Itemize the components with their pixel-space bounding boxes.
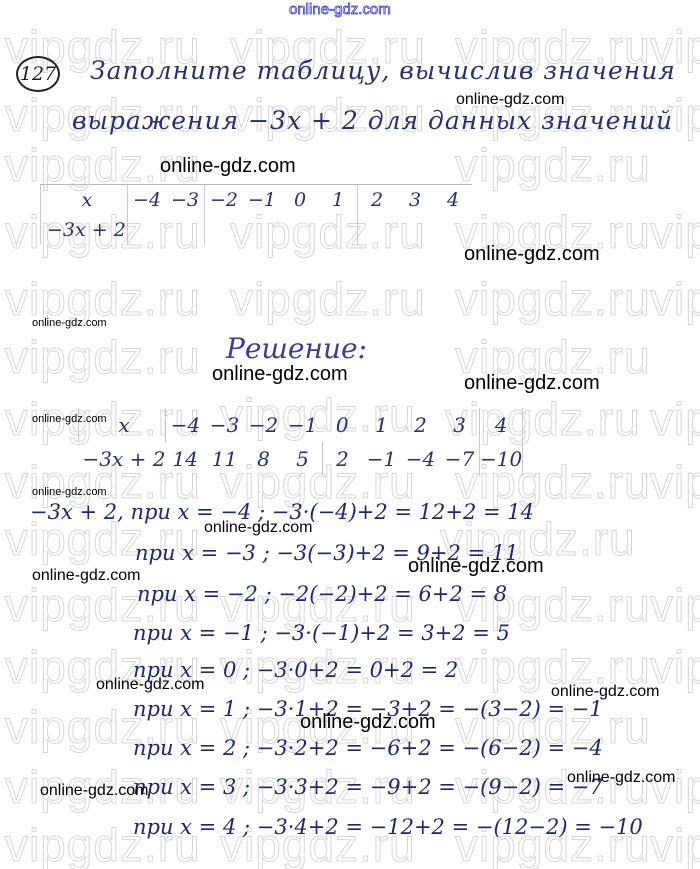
overlay-watermark: online-gdz.com <box>32 317 107 329</box>
x-value-cell: −4 <box>165 408 205 442</box>
row-label-expression: −3x + 2 <box>79 442 166 476</box>
table-row: x −4 −3 −2 −1 0 1 2 3 4 <box>79 408 523 442</box>
x-value-cell: 0 <box>281 185 319 216</box>
empty-cell <box>281 215 319 245</box>
table-row: −3x + 2 14 11 8 5 2 −1 −4 −7 −10 <box>79 442 523 476</box>
empty-cell <box>319 215 358 245</box>
watermark: vipgdz.ru <box>455 138 651 192</box>
overlay-watermark: online-gdz.com <box>204 519 313 537</box>
overlay-watermark: online-gdz.com <box>300 711 436 734</box>
result-cell: −4 <box>401 442 440 476</box>
watermark: vipgdz.ru <box>650 392 700 446</box>
watermark: vipgdz.ru <box>230 272 426 326</box>
table-row: x −4 −3 −2 −1 0 1 2 3 4 <box>41 185 473 216</box>
watermark: vipgdz.ru <box>455 272 651 326</box>
result-cell: −1 <box>362 442 401 476</box>
x-value-cell: −1 <box>283 408 323 442</box>
x-value-cell: 2 <box>358 185 397 216</box>
overlay-watermark: online-gdz.com <box>408 555 544 578</box>
overlay-watermark: online-gdz.com <box>40 782 149 800</box>
x-value-cell: 1 <box>319 185 358 216</box>
x-value-cell: 2 <box>401 408 440 442</box>
result-cell: 14 <box>165 442 205 476</box>
x-value-cell: −3 <box>205 408 244 442</box>
x-value-cell: −4 <box>128 185 167 216</box>
empty-cell <box>205 215 244 245</box>
watermark: vipgdz.ru <box>650 455 700 509</box>
overlay-watermark: online-gdz.com <box>464 243 600 266</box>
result-cell: 5 <box>283 442 323 476</box>
calculation-line: при x = 3 ; −3·3+2 = −9+2 = −(9−2) = −7 <box>133 775 603 799</box>
solution-table: x −4 −3 −2 −1 0 1 2 3 4 −3x + 2 14 11 8 … <box>78 408 523 476</box>
calculation-line: при x = −1 ; −3·(−1)+2 = 3+2 = 5 <box>133 621 510 645</box>
empty-cell <box>243 215 281 245</box>
task-table: x −4 −3 −2 −1 0 1 2 3 4 −3x + 2 <box>40 184 472 245</box>
overlay-watermark: online-gdz.com <box>32 567 141 585</box>
x-value-cell: 3 <box>440 408 480 442</box>
x-value-cell: −2 <box>205 185 244 216</box>
x-value-cell: −3 <box>166 185 205 216</box>
result-cell: 11 <box>205 442 244 476</box>
result-cell: 8 <box>244 442 283 476</box>
calculation-line: при x = 4 ; −3·4+2 = −12+2 = −(12−2) = −… <box>133 815 643 839</box>
overlay-watermark: online-gdz.com <box>456 91 565 109</box>
x-value-cell: −2 <box>244 408 283 442</box>
watermark: vipgdz.ru <box>650 818 700 869</box>
task-statement-line-2: выражения −3x + 2 для данных значений <box>72 106 673 135</box>
watermark: vipgdz.ru <box>650 272 700 326</box>
row-label-expression: −3x + 2 <box>41 215 128 245</box>
task-statement-line-1: Заполните таблицу, вычислив значения <box>90 56 676 85</box>
calculation-line: при x = −2 ; −2(−2)+2 = 6+2 = 8 <box>137 582 507 606</box>
result-cell: 2 <box>322 442 362 476</box>
empty-cell <box>358 215 397 245</box>
result-cell: −7 <box>440 442 480 476</box>
x-value-cell: 4 <box>479 408 522 442</box>
row-label-x: x <box>41 185 128 216</box>
overlay-watermark: online-gdz.com <box>32 486 107 498</box>
overlay-watermark: online-gdz.com <box>32 413 107 425</box>
overlay-watermark: online-gdz.com <box>160 155 296 178</box>
x-value-cell: 3 <box>396 185 434 216</box>
watermark: vipgdz.ru <box>5 330 201 384</box>
x-value-cell: 1 <box>362 408 401 442</box>
overlay-watermark: online-gdz.com <box>567 769 676 787</box>
calculation-line: при x = 2 ; −3·2+2 = −6+2 = −(6−2) = −4 <box>133 736 603 760</box>
solution-heading: Решение: <box>226 332 367 365</box>
empty-cell <box>128 215 167 245</box>
overlay-watermark: online-gdz.com <box>551 683 660 701</box>
x-value-cell: 0 <box>322 408 362 442</box>
result-cell: −10 <box>479 442 522 476</box>
watermark: vipgdz.ru <box>650 578 700 632</box>
watermark: vipgdz.ru <box>650 205 700 259</box>
table-row: −3x + 2 <box>41 215 473 245</box>
overlay-watermark: online-gdz.com <box>464 372 600 395</box>
overlay-watermark: online-gdz.com <box>96 676 205 694</box>
empty-cell <box>396 215 434 245</box>
site-link[interactable]: online-gdz.com <box>289 1 391 18</box>
x-value-cell: 4 <box>434 185 472 216</box>
empty-cell <box>166 215 205 245</box>
x-value-cell: −1 <box>243 185 281 216</box>
overlay-watermark: online-gdz.com <box>212 363 348 386</box>
empty-cell <box>434 215 472 245</box>
task-number-badge: 127 <box>16 56 60 92</box>
